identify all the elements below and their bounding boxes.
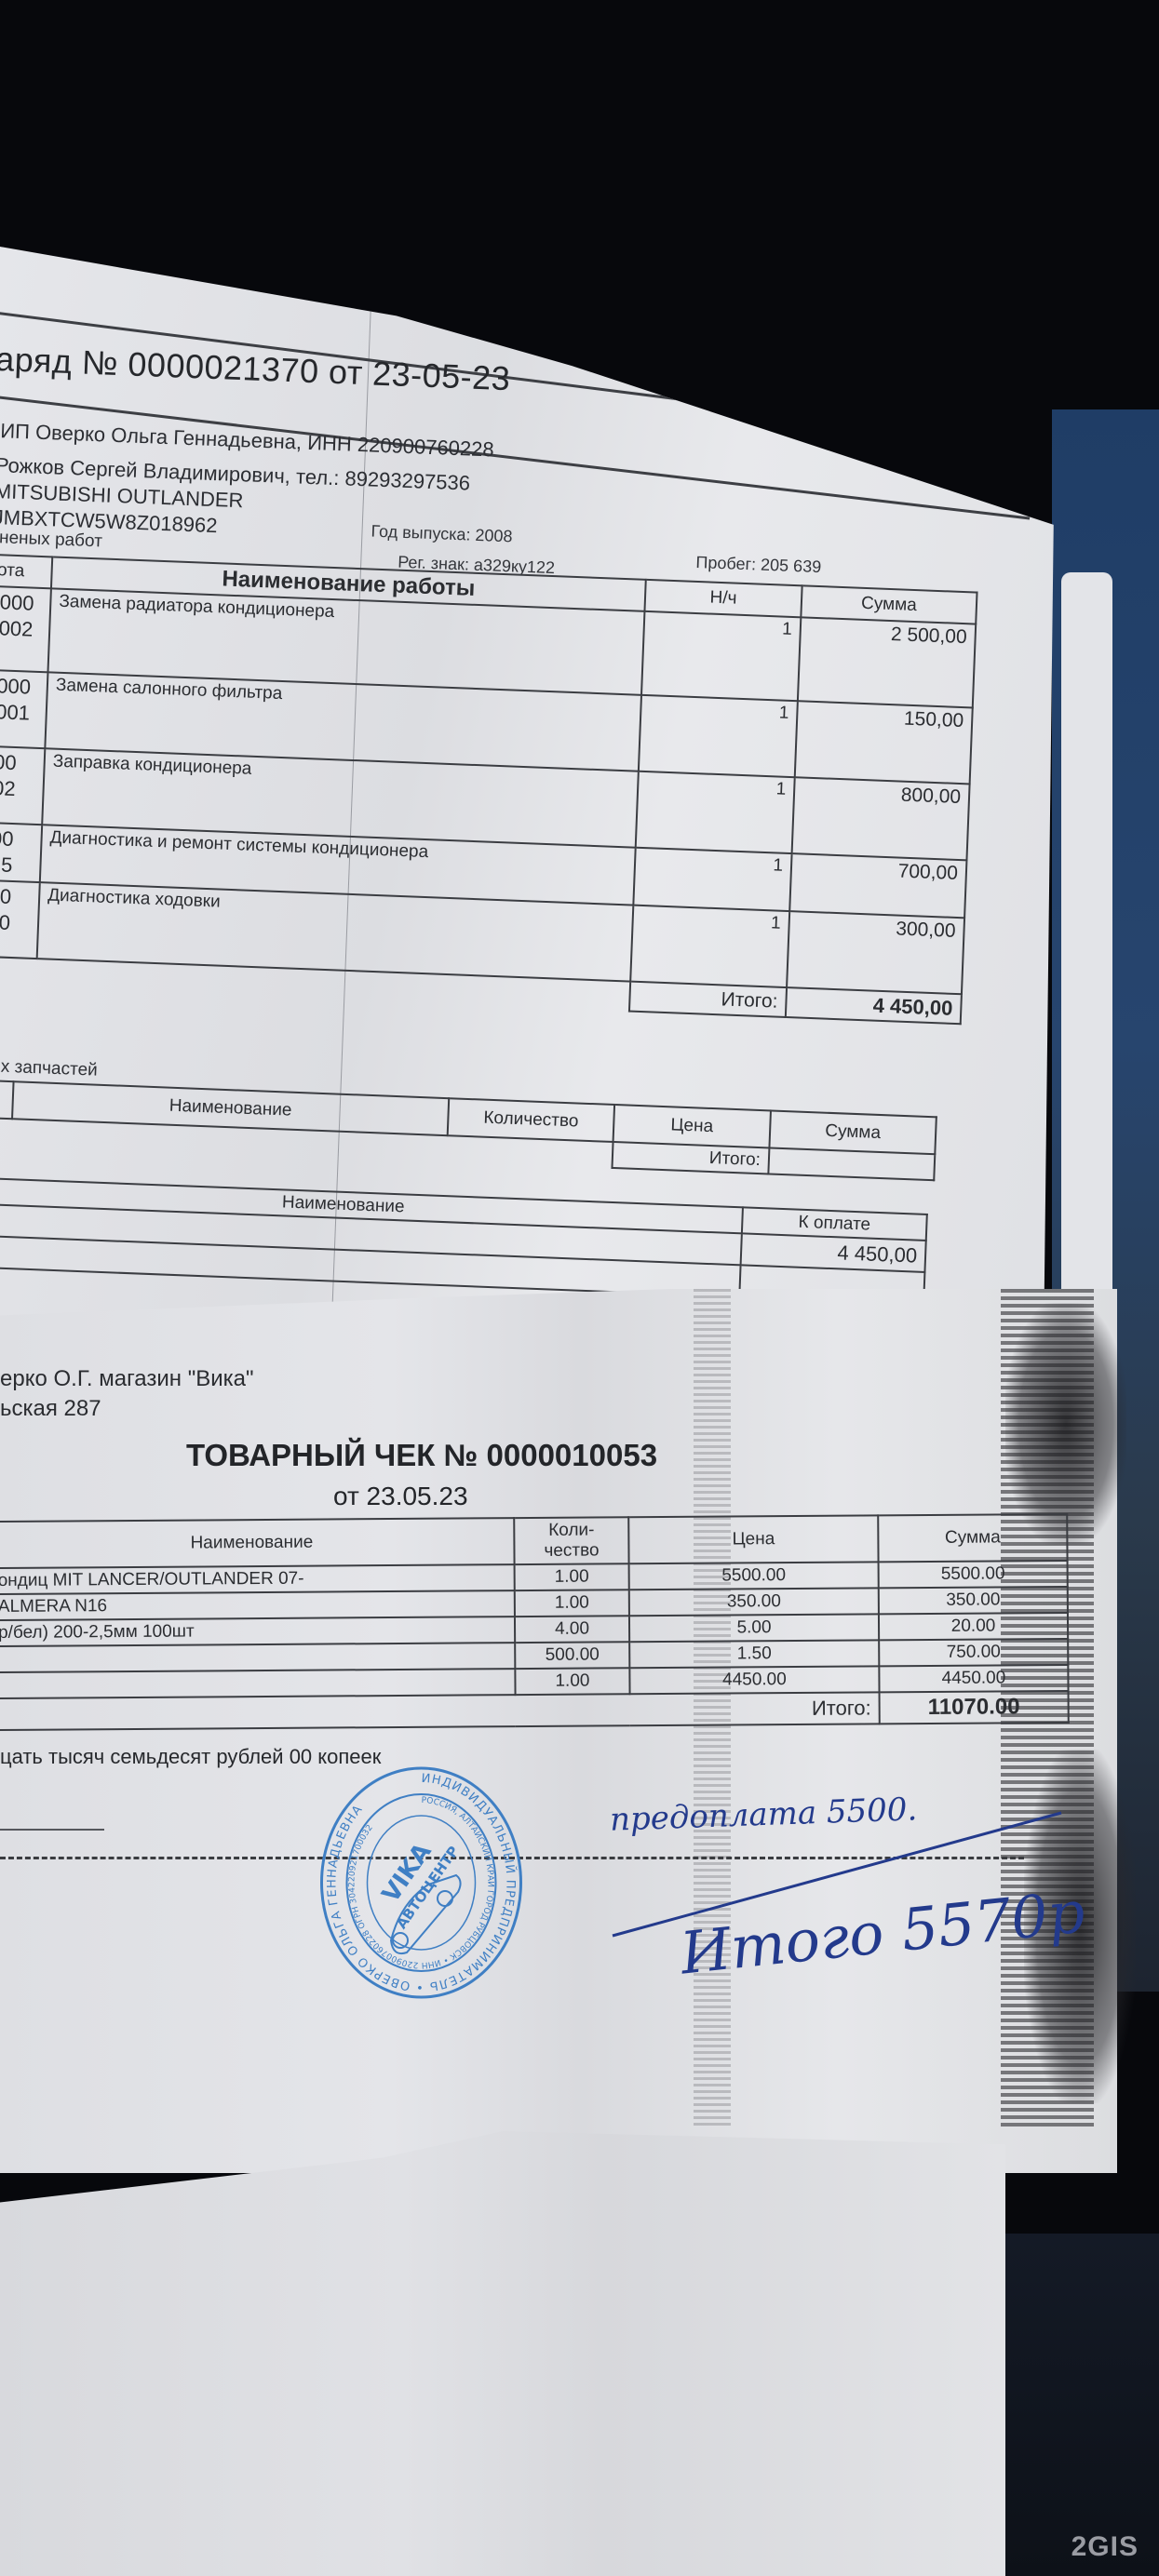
shop-address: ьская 287 — [0, 1396, 101, 1422]
year-value: 2008 — [475, 526, 513, 546]
work-hours: 1 — [630, 906, 789, 987]
col-goods-sum: Сумма — [878, 1514, 1067, 1562]
company-stamp: ИНДИВИДУАЛЬНЫЙ ПРЕДПРИНИМАТЕЛЬ • ОВЕРКО … — [317, 1764, 526, 2001]
goods-price: 5500.00 — [629, 1562, 879, 1590]
work-hours: 1 — [633, 848, 791, 911]
col-sum: Сумма — [769, 1110, 936, 1154]
wheel-icon — [393, 1933, 408, 1948]
work-hours: 1 — [641, 611, 801, 701]
toner-smudge — [1005, 1303, 1126, 1545]
work-sum: 300,00 — [787, 911, 964, 994]
goods-sum: 750.00 — [879, 1639, 1068, 1666]
work-sum: 700,00 — [789, 853, 966, 918]
goods-name — [0, 1669, 516, 1698]
goods-sum: 20.00 — [879, 1613, 1068, 1640]
goods-name: ондиц MIT LANCER/OUTLANDER 07- — [0, 1564, 515, 1594]
goods-sum: 4450.00 — [879, 1665, 1068, 1692]
goods-table: Наименование Коли- чество Цена Сумма онд… — [0, 1513, 1070, 1731]
work-sum: 2 500,00 — [798, 617, 976, 707]
goods-price: 5.00 — [629, 1614, 879, 1642]
year-field: Год выпуска: 2008 — [371, 522, 513, 547]
goods-name: р/бел) 200-2,5мм 100шт — [0, 1617, 515, 1646]
mileage-label: Пробег: — [695, 553, 756, 573]
goods-price: 4450.00 — [629, 1666, 879, 1694]
goods-qty: 500.00 — [515, 1642, 629, 1669]
goods-name: ALMERA N16 — [0, 1590, 515, 1620]
folded-paper — [0, 2131, 1005, 2576]
goods-name — [0, 1643, 515, 1672]
goods-qty: 4.00 — [515, 1616, 629, 1643]
col-qty: Количество — [448, 1098, 614, 1142]
works-table: ота Наименование работы Н/ч Сумма 00000 … — [0, 553, 978, 1025]
work-code: 0000 0002 — [0, 745, 45, 825]
work-code: 0000 0000 — [0, 879, 40, 959]
signature-line — [0, 1829, 104, 1831]
goods-total-value: 11070.00 — [880, 1691, 1069, 1724]
payment-table: Наименование К оплате 4 450,00 — [0, 1175, 928, 1304]
works-total-label: Итого: — [629, 982, 787, 1017]
col-code: ота — [0, 554, 52, 588]
goods-price: 1.50 — [629, 1640, 879, 1668]
work-code: 0000 1015 — [0, 822, 42, 882]
goods-sum: 350.00 — [879, 1587, 1068, 1614]
work-hours: 1 — [636, 771, 795, 853]
mileage-field: Пробег: 205 639 — [695, 553, 821, 577]
parts-total-label: Итого: — [612, 1142, 769, 1174]
work-code: 00000 00001 — [0, 669, 47, 748]
works-total-value: 4 450,00 — [786, 987, 962, 1024]
goods-sum: 5500.00 — [879, 1561, 1068, 1588]
receipt-title: ТОВАРНЫЙ ЧЕК № 0000010053 — [186, 1438, 657, 1473]
work-order-sheet: аряд № 0000021370 от 23-05-23 ИП Оверко … — [0, 247, 1107, 1368]
col-goods-name: Наименование — [0, 1518, 515, 1568]
parts-total-value — [768, 1147, 935, 1180]
goods-total-row: Итого:11070.00 — [0, 1691, 1069, 1730]
year-label: Год выпуска: — [371, 522, 471, 544]
work-hours: 1 — [639, 695, 798, 777]
wheel-icon — [438, 1891, 452, 1906]
sales-receipt-sheet — [0, 1289, 1117, 2173]
receipt-date: от 23.05.23 — [333, 1482, 468, 1511]
work-sum: 150,00 — [795, 701, 973, 784]
goods-price: 350.00 — [629, 1588, 879, 1616]
goods-total-label: Итого: — [0, 1692, 880, 1730]
watermark-logo: 2GIS — [1071, 2531, 1139, 2563]
goods-qty: 1.00 — [515, 1668, 629, 1695]
work-sum: 800,00 — [792, 777, 970, 860]
works-section-label: лненых работ — [0, 528, 102, 553]
parts-table: Наименование Количество Цена Сумма Итого… — [0, 1079, 937, 1182]
shop-name: ерко О.Г. магазин "Вика" — [0, 1366, 254, 1392]
col-goods-price: Цена — [628, 1515, 878, 1563]
goods-qty: 1.00 — [515, 1563, 629, 1590]
mileage-value: 205 639 — [761, 556, 822, 576]
parts-section-label: нных запчастей — [0, 1055, 98, 1080]
work-order-title: аряд № 0000021370 от 23-05-23 — [0, 340, 511, 398]
work-code: 00000 00002 6 — [0, 585, 51, 672]
goods-qty: 1.00 — [515, 1590, 629, 1617]
col-goods-qty: Коли- чество — [514, 1517, 628, 1564]
col-price: Цена — [613, 1105, 771, 1147]
